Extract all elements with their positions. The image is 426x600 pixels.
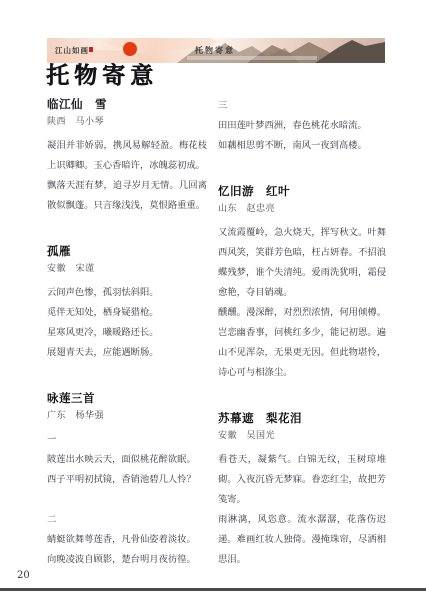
poem: 苏幕遮 梨花泪安徽 吴国光看苍天，凝紫气。白锦无纹，玉树琼堆砌。入夜沉昏无梦寐。… <box>218 410 386 570</box>
poem-author: 广东 杨华强 <box>47 410 207 423</box>
poem-line: 又流霞覆岭，急火烧天，挥写秋文。叶舞西风笑，笑群芳色暗，枉占妍春。不招浪蝶残梦，… <box>218 223 386 303</box>
poem-line: 蜻蜓欲舞萼莲香，凡骨仙姿着淡妆。 <box>47 530 207 550</box>
poem-line: 展翅青天去，应能遇断肠。 <box>47 343 207 363</box>
red-seal-icon <box>89 47 93 52</box>
page-number: 20 <box>17 569 30 583</box>
poem-author: 安徽 吴国光 <box>218 430 386 443</box>
poem-line: 看苍天，凝紫气。白锦无纹，玉树琼堆砌。入夜沉昏无梦寐。眷恋红尘，故把芳笺寄。 <box>218 450 386 510</box>
poem-title: 苏幕遮 梨花泪 <box>218 410 386 426</box>
poem-author: 安徽 宋谨 <box>47 263 207 276</box>
banner-section-calligraphy: 托物寄意 <box>194 45 235 55</box>
poem-title: 临江仙 雪 <box>47 96 207 112</box>
poem-title: 孤雁 <box>47 243 207 259</box>
poem-line: 觅伴无知处，栖身疑猎枪。 <box>47 303 207 323</box>
poem: 临江仙 雪陕西 马小琴凝泪并非娇弱，携风易解轻盈。梅花枝上识卿卿。玉心香暗许，冰… <box>47 96 207 216</box>
poem-title: 咏莲三首 <box>47 390 207 406</box>
page-title: 托物寄意 <box>46 61 158 91</box>
poem-line: 如藕相思剪不断，南风一夜到高楼。 <box>218 136 386 156</box>
mist-streak <box>187 56 317 60</box>
poem-line: 二 <box>47 510 207 530</box>
poem-line: 云间声色惨，孤羽怯斜阳。 <box>47 283 207 303</box>
red-sun-icon <box>123 42 137 56</box>
poem: 咏莲三首广东 杨华强一陂莲出水映云天，面似桃花醉欲眠。西子平明初拭镜，香销池碧几… <box>47 390 207 570</box>
left-column: 临江仙 雪陕西 马小琴凝泪并非娇弱，携风易解轻盈。梅花枝上识卿卿。玉心香暗许，冰… <box>47 96 207 597</box>
poem-line: 飘落天涯有梦，追寻岁月无情。几回离散似飘蓬。只言缘浅浅，莫恨路重重。 <box>47 176 207 216</box>
page-bottom-edge <box>0 588 426 591</box>
stanza-spacer <box>47 490 207 510</box>
landscape-painting: 江山如画 托物寄意 <box>47 38 385 63</box>
header-banner: 江山如画 托物寄意 <box>47 38 385 63</box>
poem-line: 向晚凌波自顾影，楚台明月夜彷徨。 <box>47 550 207 570</box>
poem-line: 西子平明初拭镜，香销池碧几人怜？ <box>47 470 207 490</box>
poem-line: 醺醺。漫深醉，对烈烈浓情，何用倾樽。岂恋幽香事，问桃红多少，能记初恩。遍山不见浑… <box>218 303 386 383</box>
poem-author: 陕西 马小琴 <box>47 116 207 129</box>
poem-author: 山东 赵忠亮 <box>218 203 386 216</box>
book-page: 江山如画 托物寄意 托物寄意 临江仙 雪陕西 马小琴凝泪并非娇弱，携风易解轻盈。… <box>0 0 426 600</box>
poem-line: 三 <box>218 96 386 116</box>
poem: 三田田莲叶梦西洲，春色桃花水暗流。如藕相思剪不断，南风一夜到高楼。 <box>218 96 386 156</box>
poem-line: 陂莲出水映云天，面似桃花醉欲眠。 <box>47 450 207 470</box>
poem-line: 一 <box>47 430 207 450</box>
poem-line: 田田莲叶梦西洲，春色桃花水暗流。 <box>218 116 386 136</box>
poem-line: 雨淋漓，风恣意。流水潺潺，花落伤迟递。难画红妆人独倚。漫掩珠帘，尽洒相思泪。 <box>218 510 386 570</box>
poem: 忆旧游 红叶山东 赵忠亮又流霞覆岭，急火烧天，挥写秋文。叶舞西风笑，笑群芳色暗，… <box>218 183 386 383</box>
poem: 孤雁安徽 宋谨云间声色惨，孤羽怯斜阳。觅伴无知处，栖身疑猎枪。星寒风更冷，曦暖路… <box>47 243 207 363</box>
poem-line: 星寒风更冷，曦暖路还长。 <box>47 323 207 343</box>
right-column: 三田田莲叶梦西洲，春色桃花水暗流。如藕相思剪不断，南风一夜到高楼。忆旧游 红叶山… <box>218 96 386 597</box>
poem-title: 忆旧游 红叶 <box>218 183 386 199</box>
banner-brand-calligraphy: 江山如画 <box>54 45 89 55</box>
poem-line: 凝泪并非娇弱，携风易解轻盈。梅花枝上识卿卿。玉心香暗许，冰魄蕊初成。 <box>47 136 207 176</box>
